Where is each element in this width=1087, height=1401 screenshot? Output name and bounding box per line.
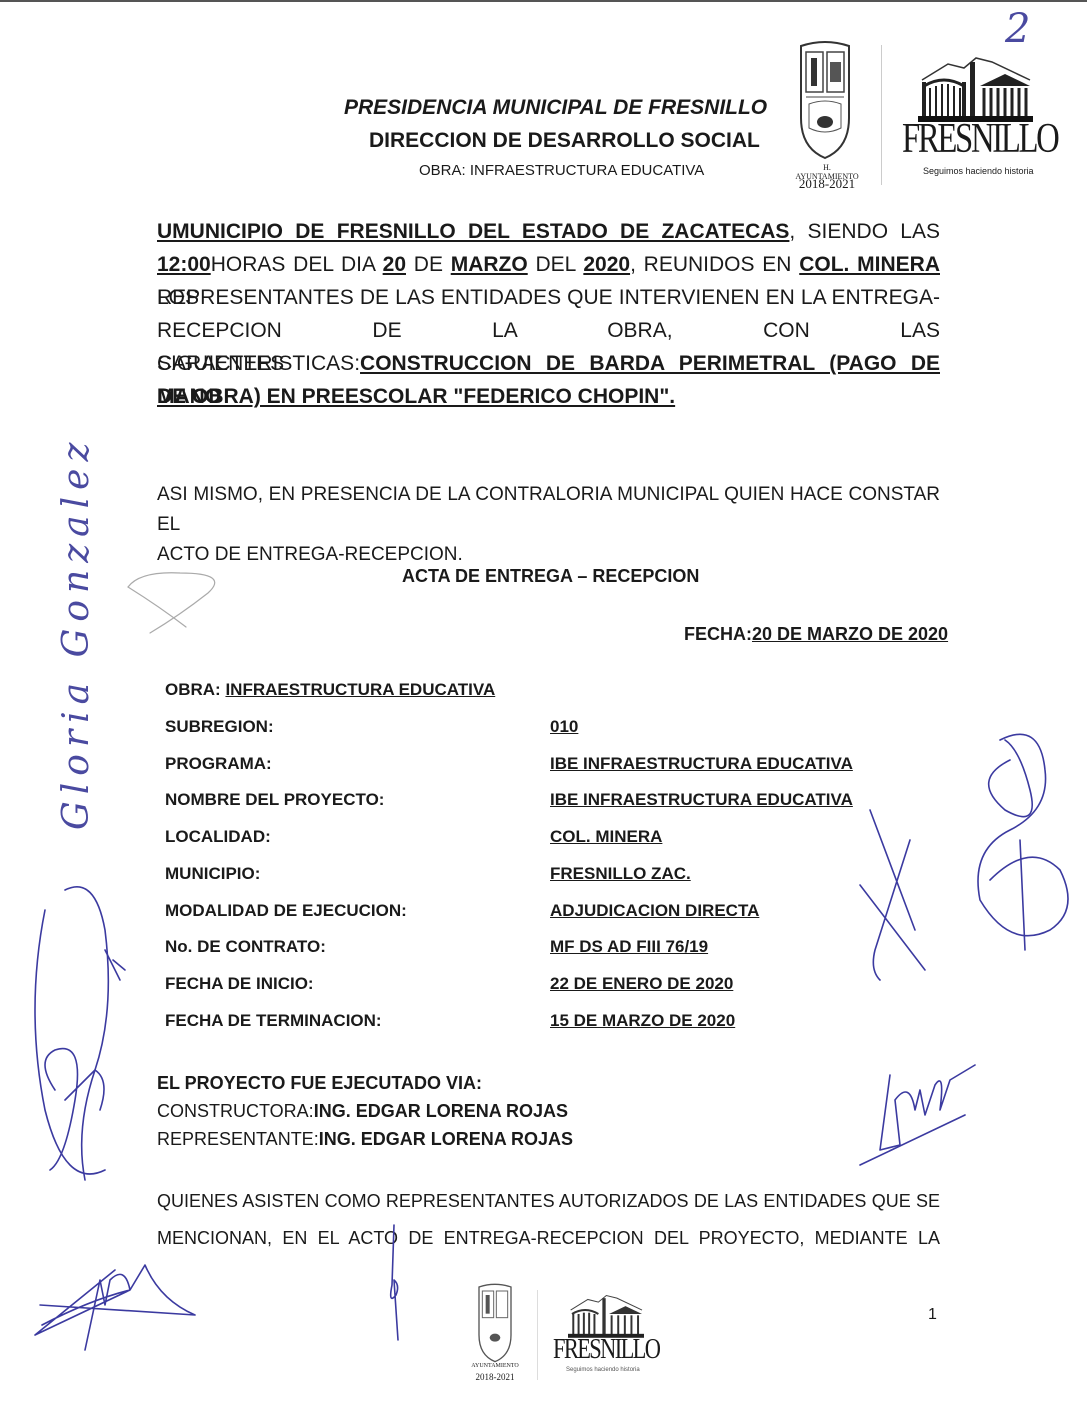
acta-title: ACTA DE ENTREGA – RECEPCION [402,566,699,587]
execution-title: EL PROYECTO FUE EJECUTADO VIA: [157,1073,482,1094]
field-label: NOMBRE DEL PROYECTO: [165,790,384,810]
field-value: FRESNILLO ZAC. [550,864,691,884]
signature-center-right-icon [855,800,935,960]
acta-date: FECHA:20 DE MARZO DE 2020 [684,624,948,645]
footer-tagline: Seguimos haciendo historia [566,1367,640,1373]
signature-left-icon [25,870,135,1200]
footer-skyline-icon [568,1290,644,1338]
header-presidencia: PRESIDENCIA MUNICIPAL DE FRESNILLO [344,96,767,120]
intro-paragraph: UMUNICIPIO DE FRESNILLO DEL ESTADO DE ZA… [157,215,940,413]
intro-line-1: UMUNICIPIO DE FRESNILLO DEL ESTADO DE ZA… [157,215,940,248]
field-label: PROGRAMA: [165,754,272,774]
footer-logo-divider [537,1290,538,1380]
field-value: 22 DE ENERO DE 2020 [550,974,733,994]
constructora-line: CONSTRUCTORA:ING. EDGAR LORENA ROJAS [157,1101,568,1122]
intro-line-2: 12:00HORAS DEL DIA 20 DE MARZO DEL 2020,… [157,248,940,281]
seal-years: 2018-2021 [792,176,862,192]
field-label: MUNICIPIO: [165,864,260,884]
faint-mark-icon [120,565,230,635]
field-value: 010 [550,717,578,737]
municipal-seal-icon [797,40,853,160]
footer-brand: FRESNILLO [553,1334,659,1366]
footer-seal-years: 2018-2021 [470,1372,520,1382]
contraloria-paragraph: ASI MISMO, EN PRESENCIA DE LA CONTRALORI… [157,480,940,570]
intro-line-5: CARACTERISTICAS:CONSTRUCCION DE BARDA PE… [157,347,940,380]
logo-divider [881,45,882,185]
field-label: LOCALIDAD: [165,827,271,847]
field-value: 15 DE MARZO DE 2020 [550,1011,735,1031]
handwritten-page-mark: 2 [1005,6,1030,52]
header-direccion: DIRECCION DE DESARROLLO SOCIAL [369,129,760,153]
intro-line-4: RECEPCION DE LA OBRA, CON LAS SIGUIENTES [157,314,940,347]
field-value: ADJUDICACION DIRECTA [550,901,759,921]
field-label: SUBREGION: [165,717,274,737]
signature-bottom-left-icon [30,1260,200,1370]
field-value: IBE INFRAESTRUCTURA EDUCATIVA [550,754,853,774]
header-obra: OBRA: INFRAESTRUCTURA EDUCATIVA [419,162,704,179]
field-value: IBE INFRAESTRUCTURA EDUCATIVA [550,790,853,810]
obra-line: OBRA: INFRAESTRUCTURA EDUCATIVA [165,680,495,700]
page-number: 1 [928,1306,937,1324]
field-label: FECHA DE INICIO: [165,974,314,994]
intro-line-3: REPRESENTANTES DE LAS ENTIDADES QUE INTE… [157,281,940,314]
closing-paragraph: QUIENES ASISTEN COMO REPRESENTANTES AUTO… [157,1183,940,1257]
fresnillo-tagline: Seguimos haciendo historia [923,166,1034,176]
field-label: FECHA DE TERMINACION: [165,1011,382,1031]
fresnillo-brand: FRESNILLO [902,115,1058,163]
scan-top-edge [0,0,1087,2]
handwritten-margin-name: Gloria Gonzalez [56,436,97,830]
signature-bottom-center-icon [380,1225,410,1345]
signature-right-icon [950,720,1087,960]
intro-line-6: DE OBRA) EN PREESCOLAR "FEDERICO CHOPIN"… [157,380,940,413]
field-value: MF DS AD FIII 76/19 [550,937,708,957]
representante-line: REPRESENTANTE:ING. EDGAR LORENA ROJAS [157,1129,573,1150]
fresnillo-skyline-icon [918,50,1033,122]
field-value: COL. MINERA [550,827,662,847]
field-label: MODALIDAD DE EJECUCION: [165,901,407,921]
signature-lower-right-icon [855,1060,985,1170]
footer-seal-caption: AYUNTAMIENTO [470,1363,520,1369]
footer-seal-icon [475,1283,515,1363]
field-label: No. DE CONTRATO: [165,937,326,957]
